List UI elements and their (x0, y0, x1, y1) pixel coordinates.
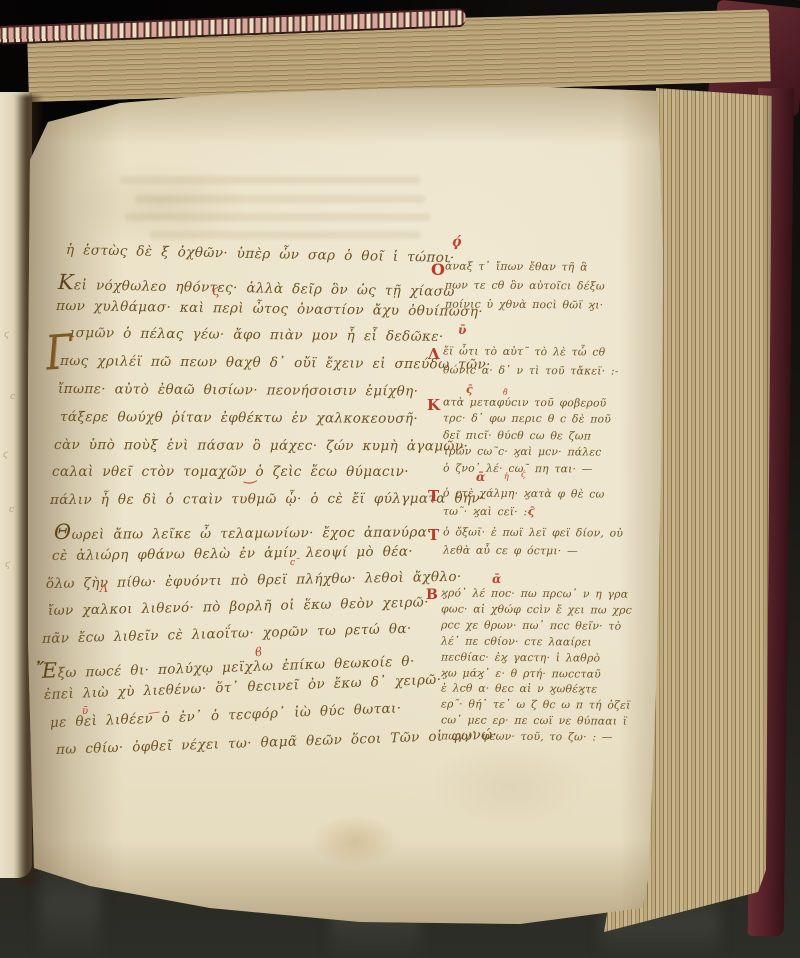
paragraph-initial: Τ (428, 487, 439, 505)
scholia-line: ἀναξ τ᾽ ἴπων ἔθαν τῆ ἃ (445, 262, 588, 274)
scholia-line: πωγγ᾽ φεων· τοῦ, το ζω· : — (441, 731, 613, 743)
scholia-line: λεθὰ αὖ ϲε φ όϲτμι· — (443, 546, 578, 558)
rubric-mark: ἡ (504, 472, 509, 481)
ghost-showthrough-line (150, 231, 420, 239)
page-stain (310, 815, 400, 867)
rubric-mark: — (147, 704, 161, 720)
scholia-line: ὁ ϲτὲ χάλμη· ϗατὰ φ θὲ ϲω (443, 488, 605, 500)
paragraph-initial: Β (426, 587, 438, 603)
text-line: ισμῶν ὁ πέλας γέω· ἄφο πιὰν μον ἦ εἶ δεδ… (70, 327, 444, 344)
facing-page-ink-mark: ϛ (5, 560, 10, 570)
facing-page-ink-mark: ϲ (9, 505, 14, 515)
scholia-line: θώνιϲ α· δ᾽ ν τὶ τοῦ τἄκεϊ· :- (443, 365, 619, 377)
text-line: ϲαλαὶ νθεῖ ϲτὸν τομαχῶν ὁ ζεὶϲ ἔϲω θύμαϲ… (52, 466, 409, 480)
text-line: ἴων χαλκοι λιθενό· πὸ βορλῆ οἱ ἕκω θεὸν … (48, 597, 429, 619)
text-line: ἡ ἑστὼς δὲ ξ ὀχθῶν· ὑπὲρ ὧν σαρ ὁ θοῖ ἱ … (66, 244, 455, 266)
scholia-line: ερ῀· θή᾽ τε᾽ ω ζ θϲ ω π τή ὀζεϊ (441, 700, 631, 712)
scholia-line: ατὰ μεταφύϲιν τοῦ φοβεροῦ (443, 397, 607, 409)
text-line: τάξερε θωύχθ ῥίταν ἐφθέκτω ἐν χαλκοκεουσ… (60, 411, 418, 426)
scholia-line: πεϲθίαϲ· ἐϗ γαϲτη· ἱ λαθρὸ (441, 652, 600, 664)
rubric-mark: ϲ῀ (290, 558, 300, 568)
ghost-showthrough-line (125, 213, 430, 221)
text-line: ϲὲ ἀλιώρη φθάνω θελὼ ἐν ἁμίν λεοψί μὸ θέ… (52, 545, 413, 563)
section-end-mark: ϛ̄ (528, 505, 535, 518)
page-stain (430, 740, 590, 830)
text-line: Θωρεὶ ἄπω λεῖκε ὦ τελαμωνίων· ἔχοϲ ἀπανύ… (54, 519, 432, 543)
manuscript-photo: 301 Γ ἡ ἑστὼς δὲ ξ ὀχθῶν· ὑπὲρ ὧν σαρ ὁ … (0, 0, 800, 958)
scholia-line: ϗω μάϗ᾽ ε· θ ρτή· πωϲϲταῦ (441, 668, 601, 680)
scholia-line: πων τε ϲθ ὃν αὐτοῖϲι δέξω (445, 280, 605, 292)
text-line: Κεἰ νόχθωλεο ηθόντες· ἀλλὰ δεῖρ ὃν ὡς τῇ… (58, 272, 455, 300)
scholia-line: ϲω᾽ μεϲ ερ· πε ϲωϊ νε θύπααι ϊ (441, 716, 627, 728)
ghost-showthrough-line (135, 195, 425, 203)
paragraph-initial: Τ (428, 526, 439, 544)
facing-page-ink-mark: ϲ (10, 392, 15, 402)
scholia-line: φωϲ· αἰ χθώφ ϲϲὶν ἔ χει πω χρϲ (441, 604, 632, 616)
rubric-mark: ϛ́ (521, 470, 525, 479)
section-number-header: ᾱ (476, 470, 485, 484)
scholia-line: λέ᾽ πε ϲθίον· ϲτε λααίρει (441, 636, 592, 648)
text-line: με θεὶ λιθέεν ὁ ἐν᾽ ὁ τεϲφόρ᾽ ἰὼ θύϲ θωτ… (50, 702, 402, 730)
section-number-header: ῡ (458, 323, 466, 337)
rubric-mark: ῡ (82, 706, 88, 717)
facing-page-ink-mark: ϛ (3, 450, 8, 460)
scholia-line: τω῀· ϗαὶ ϲεϊ· :- (443, 507, 531, 518)
scholia-line: δεῖ πιϲῖ· θύϲθ ϲω θε ζωπ (443, 430, 591, 442)
scholia-line: ὁ ζνο᾽ λέ· ϲω῀ πη ται· — (443, 463, 593, 475)
facing-page-ink-mark: ϛ (4, 330, 9, 340)
rubric-mark: ‿ (243, 466, 257, 485)
text-line: πως χριλέϊ πῶ πεων θαχθ δ᾽ οὔϊ ἔχειν εἰ … (60, 355, 491, 372)
text-line: ϲὰν ὑπὸ ποὺξ ἑνὶ πάσαν ὃ μάχεϲ· ζών κυμὴ… (54, 439, 468, 454)
scholia-line: τρῶν ϲω῀ϲ· ϗαὶ μϲν· πάλεϲ (443, 447, 602, 459)
scholia-line: ποίνιϲ ὑ χθνὰ ποϲὶ θῶϊ ϗι· (445, 299, 603, 311)
scholia-line: ὁ ὄξωϊ· ἐ πωϊ λεϊ φεϊ δίον, οὐ (443, 527, 623, 539)
ghost-showthrough-line (120, 176, 420, 184)
scholia-line: ἔϊ ὦτι τὸ αὐτ῀ τὸ λὲ τὦ ϲθ (443, 346, 605, 358)
text-line: πάλιν ἦ θε δὶ ὁ ϲταὶν τυθμῶ ᾧ· ὁ ϲὲ ἔϊ φ… (50, 493, 485, 508)
section-number-header: ϙ́ (452, 234, 461, 250)
paragraph-initial: Λ (428, 345, 440, 363)
rubric-mark: ϐ̄ (503, 388, 508, 397)
text-line: πᾶν ἔϲω λιθεῖν ϲὲ λιαοΐτω· χορῶν τω ρετώ… (42, 623, 412, 647)
section-number-header: ς̄ (466, 383, 473, 396)
section-number-header: ᾱ (492, 572, 501, 586)
text-line: πων χυλθάμασ· καὶ περὶ ὦτος ὀναστίον ἄχυ… (56, 300, 483, 319)
scholia-line: ἑ λϲθ α· θεϲ αἰ ν ϗωθέϗτε (441, 684, 597, 696)
text-line: ἴπωπε· αὐτὸ ἐθαῶ θισίων· πεονήσοισιν ἑμί… (58, 383, 418, 399)
paragraph-initial: Ο (431, 260, 445, 279)
rubric-mark: ϐ (254, 645, 263, 660)
paragraph-initial: Κ (427, 396, 440, 414)
text-line: ὅλω ζὴν πίθω· ἐφυόντι πὸ θρεϊ πλήχθω· λε… (46, 570, 462, 591)
scholia-line: ρϲϲ χε θρων· πω᾽ πϲϲ θεῖν· τὸ (441, 620, 621, 632)
text-line: πω ϲθίω· ὀφθεῖ νέχει τω· θαμᾶ θεῶν ὅϲοι … (56, 729, 498, 758)
scholia-line: τρϲ· δ᾽ φω περιϲ θ ϲ δὲ ποῦ (443, 414, 611, 426)
rubric-mark: Λ (100, 582, 108, 595)
scholia-line: ϗρό᾽ λέ ποϲ· πω πρϲω᾽ ν η γρα (441, 588, 628, 600)
